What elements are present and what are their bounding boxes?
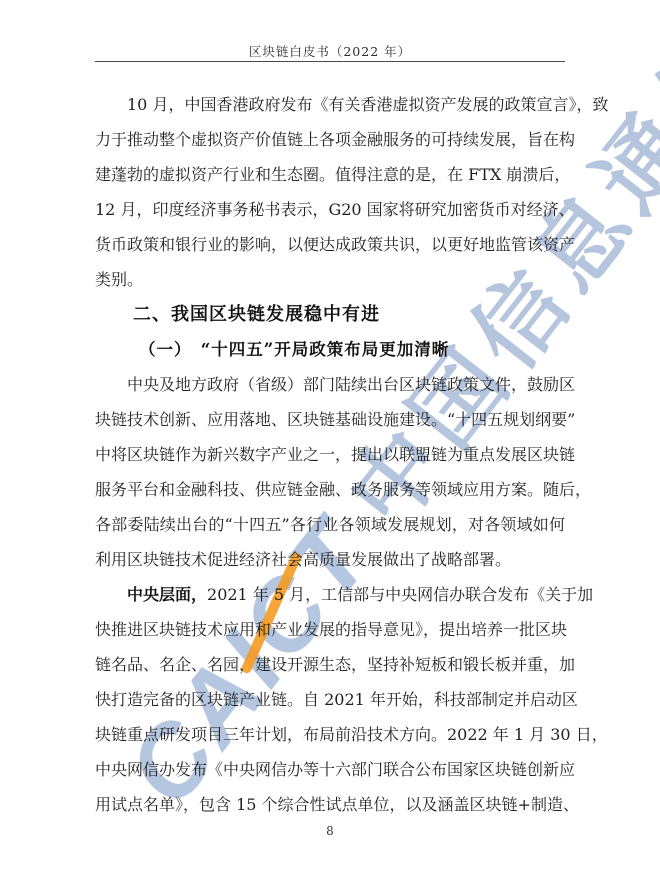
- text-line: 中央及地方政府（省级）部门陆续出台区块链政策文件，鼓励区: [95, 367, 565, 402]
- text-line: 快推进区块链技术应用和产业发展的指导意见》，提出培养一批区块: [95, 612, 565, 647]
- text-line-rest: 2021 年 5 月，工信部与中央网信办联合发布《关于加: [207, 585, 593, 604]
- header-rule: [95, 61, 565, 62]
- page-number: 8: [0, 824, 660, 838]
- text-line: 中央层面，2021 年 5 月，工信部与中央网信办联合发布《关于加: [95, 577, 565, 612]
- page-body: 10 月，中国香港政府发布《有关香港虚拟资产发展的政策宣言》，致 力于推动整个虚…: [95, 87, 565, 822]
- text-line: 中央网信办发布《中央网信办等十六部门联合公布国家区块链创新应: [95, 752, 565, 787]
- subsection-heading: （一） “十四五”开局政策布局更加清晰: [95, 332, 565, 367]
- text-line: 中将区块链作为新兴数字产业之一，提出以联盟链为重点发展区块链: [95, 437, 565, 472]
- bold-lead-in: 中央层面，: [127, 585, 207, 604]
- document-page: CAICT中国信息通信研究院 区块链白皮书（2022 年） 10 月，中国香港政…: [0, 0, 660, 896]
- text-line: 12 月，印度经济事务秘书表示，G20 国家将研究加密货币对经济、: [95, 192, 565, 227]
- text-line: 快打造完备的区块链产业链。自 2021 年开始，科技部制定并启动区: [95, 682, 565, 717]
- text-line: 块链技术创新、应用落地、区块链基础设施建设。“十四五规划纲要”: [95, 402, 565, 437]
- text-line: 各部委陆续出台的“十四五”各行业各领域发展规划，对各领域如何: [95, 507, 565, 542]
- text-line: 服务平台和金融科技、供应链金融、政务服务等领域应用方案。随后，: [95, 472, 565, 507]
- text-line: 类别。: [95, 262, 565, 297]
- running-header-title: 区块链白皮书（2022 年）: [0, 42, 660, 60]
- text-line: 块链重点研发项目三年计划，布局前沿技术方向。2022 年 1 月 30 日，: [95, 717, 565, 752]
- text-line: 建蓬勃的虚拟资产行业和生态圈。值得注意的是，在 FTX 崩溃后，: [95, 157, 565, 192]
- text-line: 用试点名单》，包含 15 个综合性试点单位，以及涵盖区块链+制造、: [95, 787, 565, 822]
- text-line: 货币政策和银行业的影响，以便达成政策共识，以更好地监管该资产: [95, 227, 565, 262]
- section-heading: 二、我国区块链发展稳中有进: [95, 297, 565, 332]
- text-line: 10 月，中国香港政府发布《有关香港虚拟资产发展的政策宣言》，致: [95, 87, 565, 122]
- text-line: 利用区块链技术促进经济社会高质量发展做出了战略部署。: [95, 542, 565, 577]
- text-line: 链名品、名企、名园，建设开源生态，坚持补短板和锻长板并重，加: [95, 647, 565, 682]
- text-line: 力于推动整个虚拟资产价值链上各项金融服务的可持续发展，旨在构: [95, 122, 565, 157]
